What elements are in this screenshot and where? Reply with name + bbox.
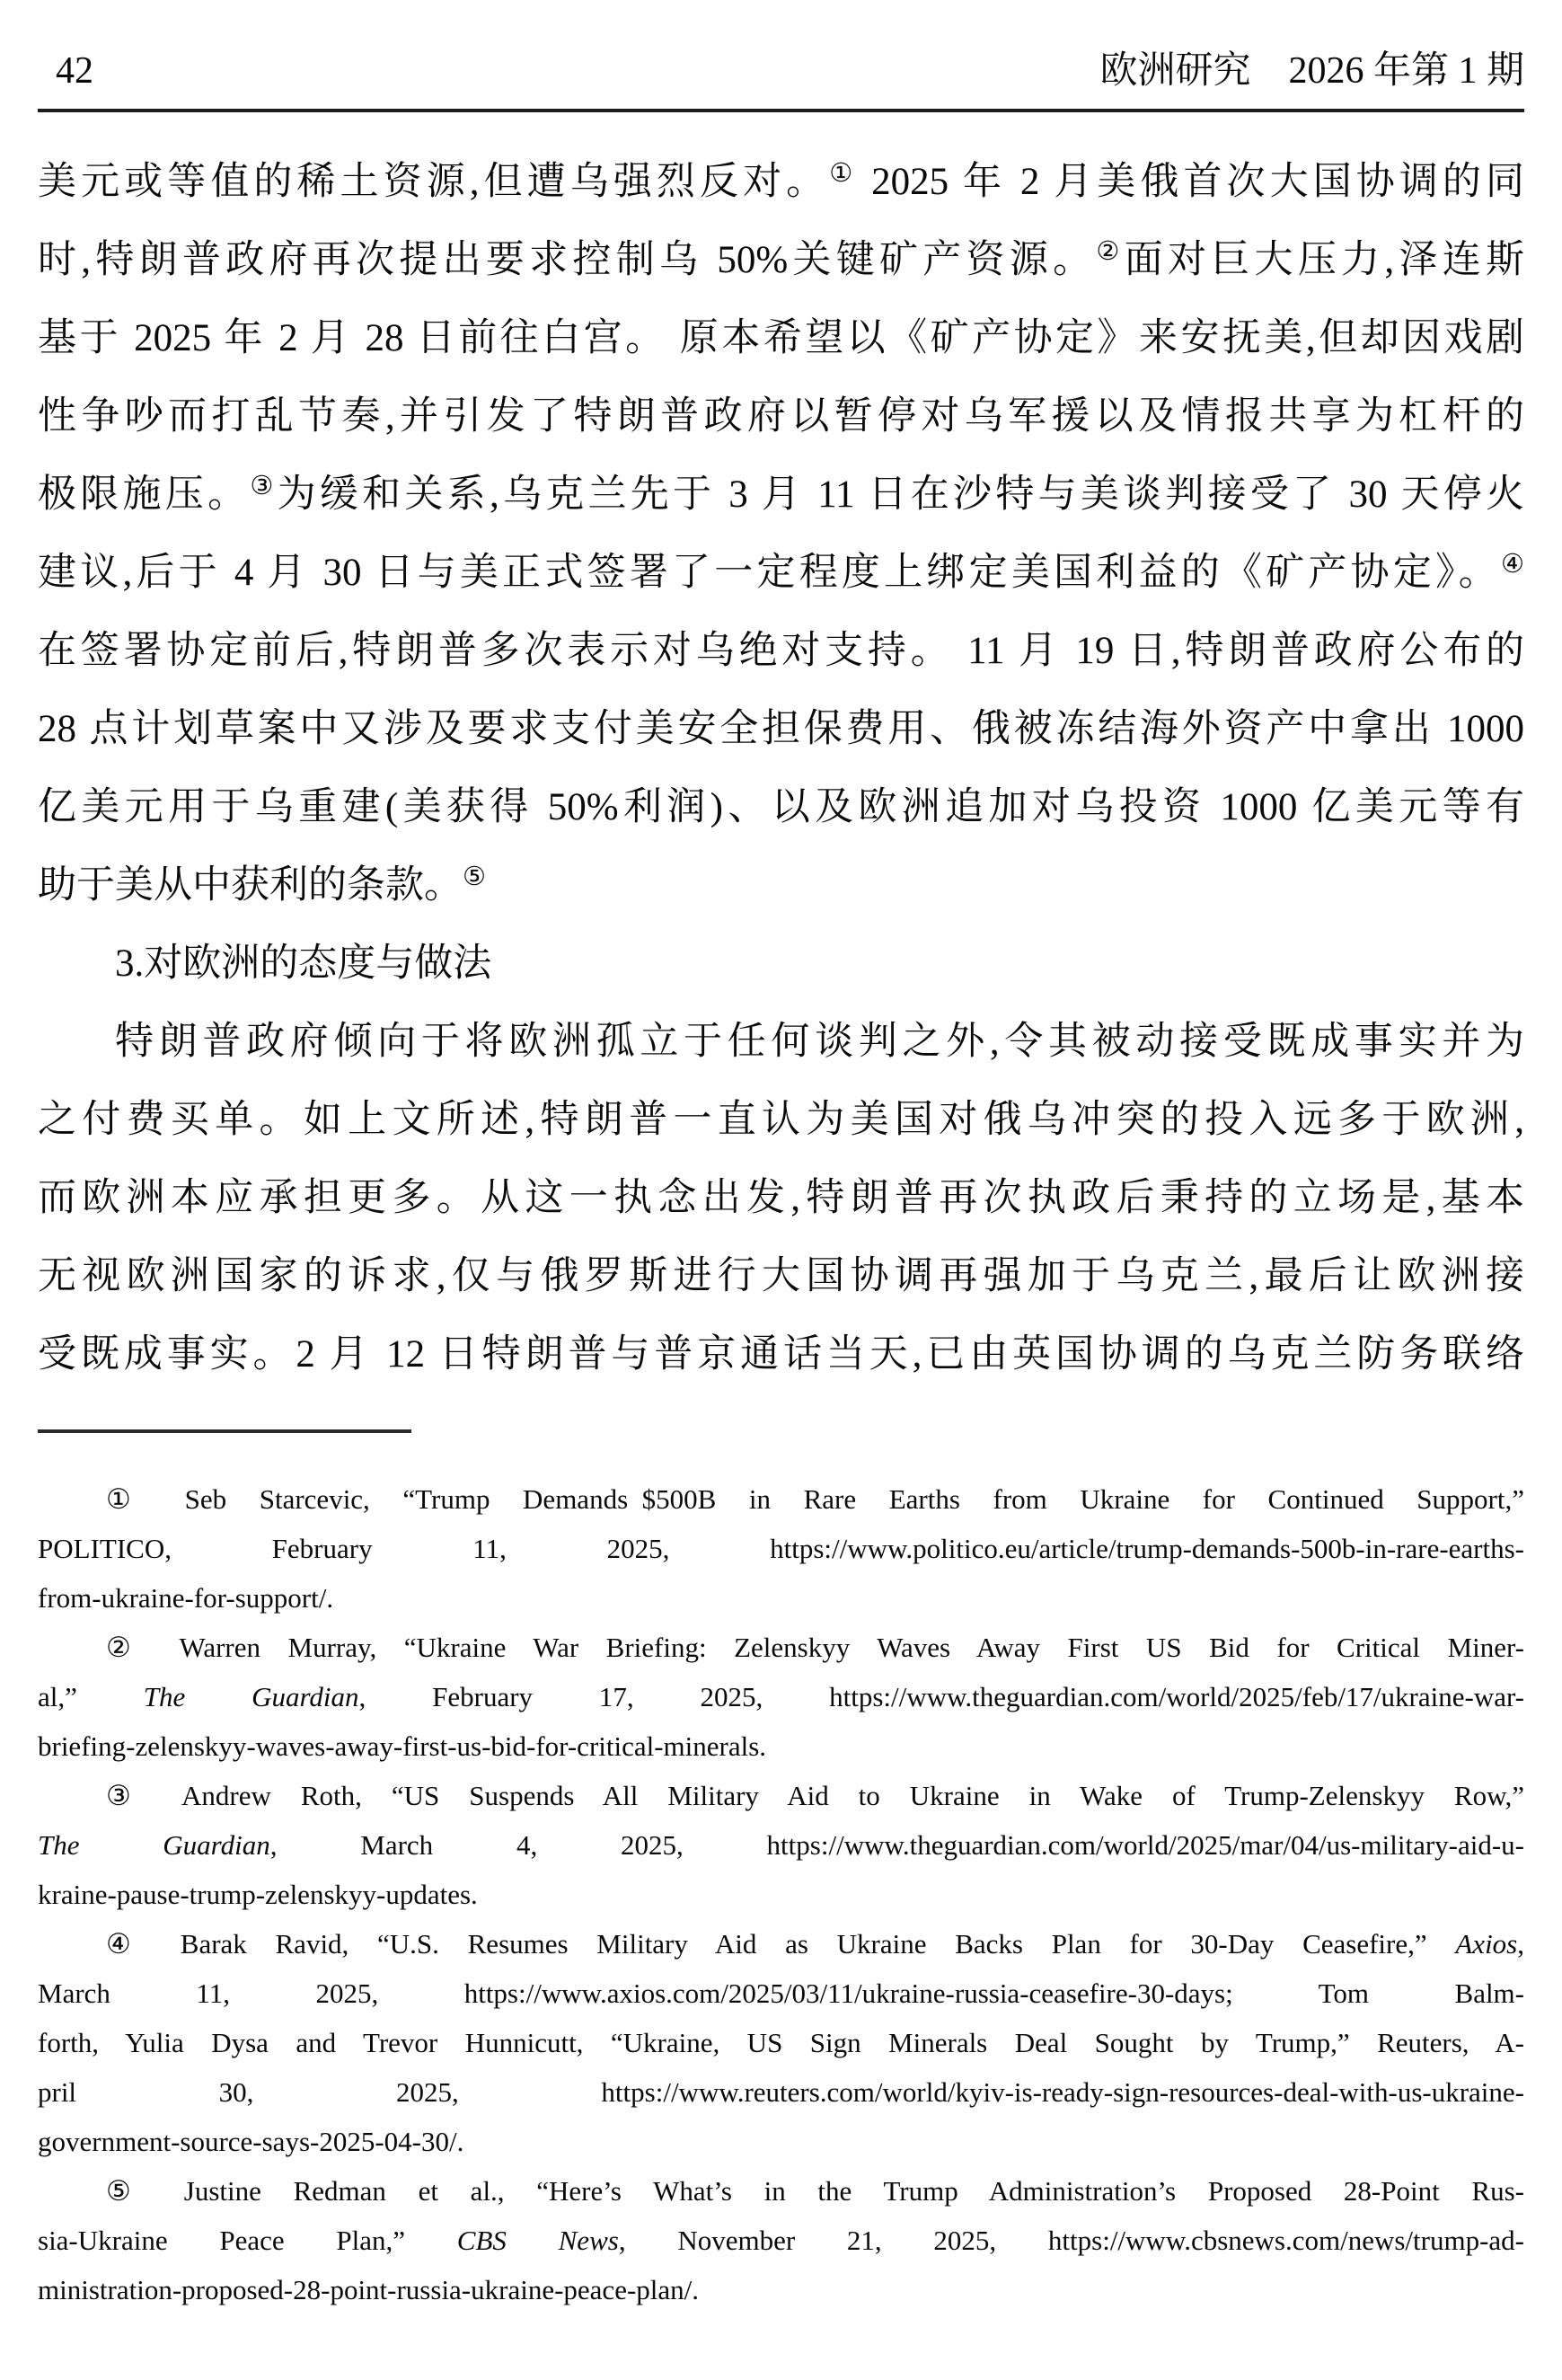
footnote-line: ③ Andrew Roth, “US Suspends All Military… [38,1771,1524,1820]
footnote-line: The Guardian, March 4, 2025, https://www… [38,1820,1524,1870]
text-run: kraine-pause-trump-zelenskyy-updates. [38,1879,478,1910]
page-number: 42 [56,47,93,96]
text-run: pril 30, 2025, https://www.reuters.com/w… [38,2076,1524,2108]
publication-name: The Guardian [144,1681,359,1712]
footnote-ref-marker: ② [1096,237,1124,266]
footnote-ref-marker: ① [829,159,857,188]
footnote-separator-rule [38,1429,411,1433]
body-line: 性争吵而打乱节奏,并引发了特朗普政府以暂停对乌军援以及情报共享为杠杆的 [38,377,1524,456]
footnote-ref-marker: ③ [250,472,277,500]
text-run: forth, Yulia Dysa and Trevor Hunnicutt, … [38,2027,1524,2058]
text-run: 时,特朗普政府再次提出要求控制乌 50%关键矿产资源。 [38,239,1096,281]
text-run: 特朗普政府倾向于将欧洲孤立于任何谈判之外,令其被动接受既成事实并为 [115,1021,1524,1063]
text-run: , November 21, 2025, https://www.cbsnews… [619,2225,1524,2256]
footnote-line: POLITICO, February 11, 2025, https://www… [38,1524,1524,1573]
text-run: 无视欧洲国家的诉求,仅与俄罗斯进行大国协调再强加于乌克兰,最后让欧洲接 [38,1255,1524,1297]
footnote-line: pril 30, 2025, https://www.reuters.com/w… [38,2067,1524,2117]
text-run: 之付费买单。如上文所述,特朗普一直认为美国对俄乌冲突的投入远多于欧洲, [38,1099,1524,1141]
body-line: 极限施压。③为缓和关系,乌克兰先于 3 月 11 日在沙特与美谈判接受了 30 … [38,456,1524,534]
text-run: al,” [38,1681,144,1712]
footnote-line: March 11, 2025, https://www.axios.com/20… [38,1969,1524,2018]
body-line: 时,特朗普政府再次提出要求控制乌 50%关键矿产资源。②面对巨大压力,泽连斯 [38,221,1524,299]
body-line: 28 点计划草案中又涉及要求支付美安全担保费用、俄被冻结海外资产中拿出 1000 [38,690,1524,768]
footnote-line: kraine-pause-trump-zelenskyy-updates. [38,1870,1524,1919]
text-run: ministration-proposed-28-point-russia-uk… [38,2274,699,2305]
text-run: 面对巨大压力,泽连斯 [1125,239,1524,281]
body-line: 基于 2025 年 2 月 28 日前往白宫。 原本希望以《矿产协定》来安抚美,… [38,299,1524,377]
footnote-line: sia-Ukraine Peace Plan,” CBS News, Novem… [38,2216,1524,2265]
body-line: 助于美从中获利的条款。⑤ [38,846,1524,925]
body-line: 在签署协定前后,特朗普多次表示对乌绝对支持。 11 月 19 日,特朗普政府公布… [38,612,1524,690]
text-run: ① Seb Starcevic, “Trump Demands $500B in… [106,1483,1524,1515]
text-run: ⑤ Justine Redman et al., “Here’s What’s … [106,2175,1524,2207]
header-rule [38,109,1524,112]
text-run: ② Warren Murray, “Ukraine War Briefing: … [106,1632,1524,1663]
text-run: 在签署协定前后,特朗普多次表示对乌绝对支持。 11 月 19 日,特朗普政府公布… [38,630,1524,672]
footnote-line: briefing-zelenskyy-waves-away-first-us-b… [38,1721,1524,1771]
text-run: ④ Barak Ravid, “U.S. Resumes Military Ai… [106,1928,1455,1960]
journal-issue-label: 欧洲研究 2026 年第 1 期 [1099,47,1524,96]
body-line: 亿美元用于乌重建(美获得 50%利润)、以及欧洲追加对乌投资 1000 亿美元等… [38,768,1524,846]
body-line: 受既成事实。2 月 12 日特朗普与普京通话当天,已由英国协调的乌克兰防务联络 [38,1315,1524,1393]
body-line: 特朗普政府倾向于将欧洲孤立于任何谈判之外,令其被动接受既成事实并为 [38,1003,1524,1081]
text-run: 受既成事实。2 月 12 日特朗普与普京通话当天,已由英国协调的乌克兰防务联络 [38,1333,1524,1376]
text-run: , February 17, 2025, https://www.theguar… [359,1681,1524,1712]
body-line: 3.对欧洲的态度与做法 [38,925,1524,1003]
body-line: 建议,后于 4 月 30 日与美正式签署了一定程度上绑定美国利益的《矿产协定》。… [38,534,1524,612]
footnote-line: government-source-says-2025-04-30/. [38,2117,1524,2166]
text-run: March 11, 2025, https://www.axios.com/20… [38,1977,1524,2009]
text-run: from-ukraine-for-support/. [38,1582,333,1614]
page-header: 42 欧洲研究 2026 年第 1 期 [38,47,1524,96]
article-body: 美元或等值的稀土资源,但遭乌强烈反对。① 2025 年 2 月美俄首次大国协调的… [38,143,1524,1393]
text-run: ③ Andrew Roth, “US Suspends All Military… [106,1780,1524,1811]
footnote-line: from-ukraine-for-support/. [38,1573,1524,1623]
footnote-line: ministration-proposed-28-point-russia-uk… [38,2265,1524,2314]
publication-name: Axios [1455,1928,1517,1960]
body-line: 而欧洲本应承担更多。从这一执念出发,特朗普再次执政后秉持的立场是,基本 [38,1159,1524,1237]
footnote-ref-marker: ④ [1501,550,1524,579]
footnote-line: al,” The Guardian, February 17, 2025, ht… [38,1672,1524,1721]
text-run: , [1517,1928,1524,1960]
body-line: 美元或等值的稀土资源,但遭乌强烈反对。① 2025 年 2 月美俄首次大国协调的… [38,143,1524,221]
text-run: 极限施压。 [38,473,250,516]
footnote-line: ④ Barak Ravid, “U.S. Resumes Military Ai… [38,1919,1524,1969]
footnote-line: ② Warren Murray, “Ukraine War Briefing: … [38,1623,1524,1672]
text-run: 助于美从中获利的条款。 [38,864,463,907]
text-run: 美元或等值的稀土资源,但遭乌强烈反对。 [38,161,829,203]
text-run: government-source-says-2025-04-30/. [38,2126,463,2157]
text-run: 28 点计划草案中又涉及要求支付美安全担保费用、俄被冻结海外资产中拿出 1000 [38,708,1524,750]
text-run: POLITICO, February 11, 2025, https://www… [38,1533,1524,1564]
journal-page: 42 欧洲研究 2026 年第 1 期 美元或等值的稀土资源,但遭乌强烈反对。①… [0,0,1562,2380]
body-line: 之付费买单。如上文所述,特朗普一直认为美国对俄乌冲突的投入远多于欧洲, [38,1081,1524,1159]
footnote-line: ① Seb Starcevic, “Trump Demands $500B in… [38,1474,1524,1524]
publication-name: CBS News [457,2225,619,2256]
text-run: 性争吵而打乱节奏,并引发了特朗普政府以暂停对乌军援以及情报共享为杠杆的 [38,395,1524,438]
text-run: 建议,后于 4 月 30 日与美正式签署了一定程度上绑定美国利益的《矿产协定》。 [38,552,1501,594]
publication-name: The Guardian [38,1829,270,1861]
footnotes-section: ① Seb Starcevic, “Trump Demands $500B in… [38,1474,1524,2314]
text-run: briefing-zelenskyy-waves-away-first-us-b… [38,1730,766,1762]
footnote-line: forth, Yulia Dysa and Trevor Hunnicutt, … [38,2018,1524,2067]
footnote-ref-marker: ⑤ [463,863,486,891]
text-run: 基于 2025 年 2 月 28 日前往白宫。 原本希望以《矿产协定》来安抚美,… [38,317,1524,359]
text-run: 3.对欧洲的态度与做法 [115,942,491,985]
text-run: 而欧洲本应承担更多。从这一执念出发,特朗普再次执政后秉持的立场是,基本 [38,1177,1524,1219]
text-run: 为缓和关系,乌克兰先于 3 月 11 日在沙特与美谈判接受了 30 天停火 [278,473,1524,516]
footnote-line: ⑤ Justine Redman et al., “Here’s What’s … [38,2166,1524,2216]
text-run: , March 4, 2025, https://www.theguardian… [270,1829,1524,1861]
body-line: 无视欧洲国家的诉求,仅与俄罗斯进行大国协调再强加于乌克兰,最后让欧洲接 [38,1237,1524,1315]
text-run: 亿美元用于乌重建(美获得 50%利润)、以及欧洲追加对乌投资 1000 亿美元等… [38,786,1524,828]
text-run: 2025 年 2 月美俄首次大国协调的同 [857,161,1524,203]
text-run: sia-Ukraine Peace Plan,” [38,2225,457,2256]
